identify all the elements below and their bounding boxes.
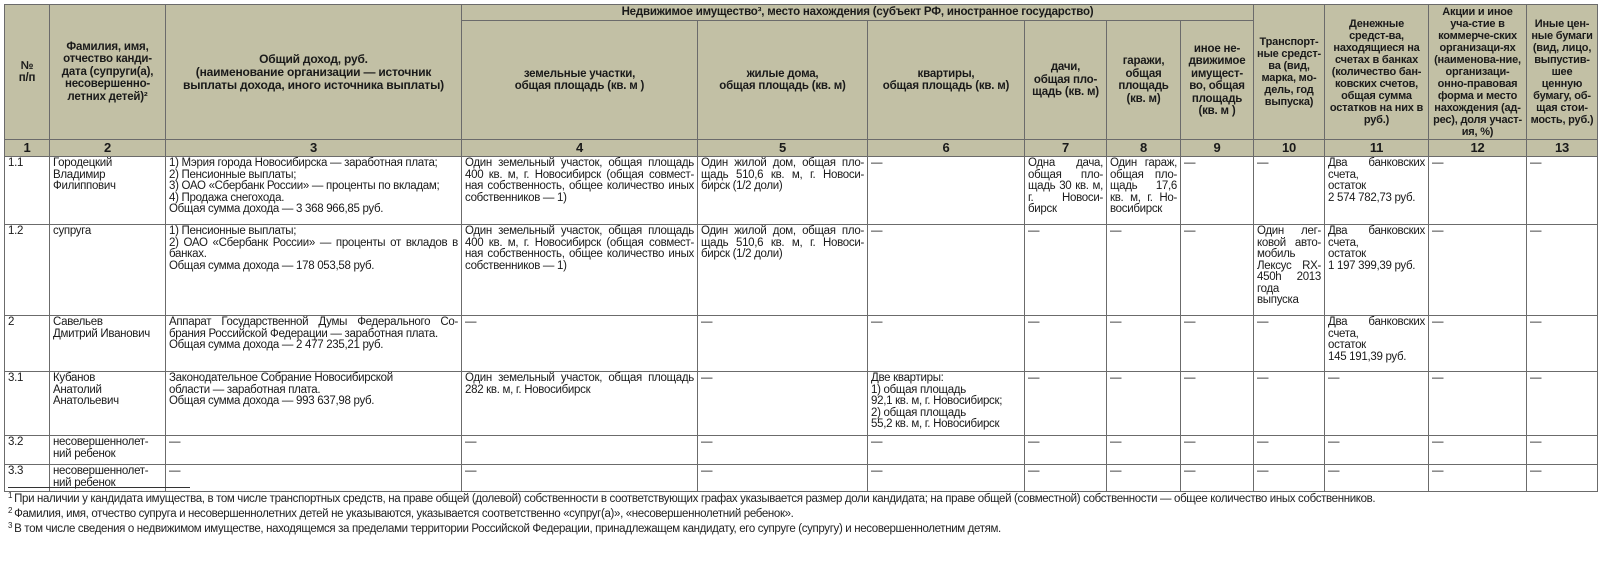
cell-row-number: 1.2 [5,225,50,316]
cell-houses: — [698,465,868,492]
header-bank-accounts: Денежные средст-ва, находящиеся на счета… [1325,5,1429,140]
cell-vehicles: Один лег-ковой авто-мобиль Лексус RX-450… [1254,225,1325,316]
cell-shares: — [1429,225,1527,316]
header-houses: жилые дома, общая площадь (кв. м) [698,21,868,140]
cell-apartments: — [868,316,1025,372]
cell-other-property: — [1181,465,1254,492]
column-number: 7 [1025,140,1107,157]
cell-other-property: — [1181,225,1254,316]
footnotes: 1При наличии у кандидата имущества, в то… [8,490,1588,535]
column-number: 10 [1254,140,1325,157]
cell-garages: — [1107,316,1181,372]
column-number: 8 [1107,140,1181,157]
cell-garages: — [1107,436,1181,465]
column-number: 6 [868,140,1025,157]
cell-garages: — [1107,465,1181,492]
header-apartments: квартиры, общая площадь (кв. м) [868,21,1025,140]
cell-person-name: несовершеннолет-ний ребенок [50,436,166,465]
cell-vehicles: — [1254,157,1325,225]
header-real-estate-group: Недвижимое имущество³, место нахождения … [462,5,1254,21]
cell-land-plots: Один земельный участок, общая площадь 40… [462,225,698,316]
cell-shares: — [1429,372,1527,436]
cell-houses: — [698,436,868,465]
declaration-table: № п/п Фамилия, имя, отчество канди-дата … [4,4,1598,492]
cell-row-number: 2 [5,316,50,372]
cell-income: 1) Мэрия города Новосибирска — заработна… [166,157,462,225]
header-name: Фамилия, имя, отчество канди-дата (супру… [50,5,166,140]
cell-income: Законодательное Собрание Новосибирской о… [166,372,462,436]
cell-garages: Один гараж, общая пло-щадь 17,6 кв. м, г… [1107,157,1181,225]
cell-vehicles: — [1254,316,1325,372]
cell-row-number: 3.2 [5,436,50,465]
table-body: 1.1Городецкий Владимир Филиппович1) Мэри… [5,157,1598,492]
cell-bank-accounts: — [1325,465,1429,492]
cell-apartments: — [868,465,1025,492]
cell-income: 1) Пенсионные выплаты; 2) ОАО «Сбербанк … [166,225,462,316]
column-number: 4 [462,140,698,157]
footnote-divider [8,487,190,488]
footnote: 2Фамилия, имя, отчество супруга и несове… [8,505,1588,520]
cell-bank-accounts: Два банковских счета, остаток 145 191,39… [1325,316,1429,372]
cell-dachas: — [1025,465,1107,492]
cell-dachas: — [1025,316,1107,372]
cell-income: — [166,465,462,492]
cell-land-plots: Один земельный участок, общая площадь 40… [462,157,698,225]
cell-land-plots: — [462,436,698,465]
cell-land-plots: — [462,465,698,492]
footnote-text: При наличии у кандидата имущества, в том… [14,493,1375,505]
column-number: 2 [50,140,166,157]
cell-shares: — [1429,316,1527,372]
cell-bank-accounts: Два банковских счета, остаток 1 197 399,… [1325,225,1429,316]
cell-securities: — [1527,436,1598,465]
header-land: земельные участки, общая площадь (кв. м … [462,21,698,140]
cell-houses: — [698,372,868,436]
cell-dachas: — [1025,225,1107,316]
cell-row-number: 1.1 [5,157,50,225]
cell-apartments: — [868,225,1025,316]
header-garages: гаражи, общая площадь (кв. м) [1107,21,1181,140]
table-row: 3.1Кубанов Анатолий АнатольевичЗаконодат… [5,372,1598,436]
cell-person-name: супруга [50,225,166,316]
column-number: 1 [5,140,50,157]
column-number: 13 [1527,140,1598,157]
cell-other-property: — [1181,316,1254,372]
footnote-mark: 2 [8,506,12,515]
cell-securities: — [1527,465,1598,492]
cell-houses: Один жилой дом, общая пло-щадь 510,6 кв.… [698,225,868,316]
header-other-property: иное не-движимое имущест-во, общая площа… [1181,21,1254,140]
cell-vehicles: — [1254,436,1325,465]
cell-garages: — [1107,225,1181,316]
footnote-mark: 3 [8,521,12,530]
cell-apartments: — [868,157,1025,225]
cell-securities: — [1527,316,1598,372]
cell-other-property: — [1181,157,1254,225]
cell-bank-accounts: — [1325,436,1429,465]
footnote-text: В том числе сведения о недвижимом имущес… [14,523,1001,535]
cell-shares: — [1429,465,1527,492]
table-row: 1.2супруга1) Пенсионные выплаты; 2) ОАО … [5,225,1598,316]
cell-houses: — [698,316,868,372]
cell-apartments: Две квартиры: 1) общая площадь 92,1 кв. … [868,372,1025,436]
column-number: 3 [166,140,462,157]
cell-land-plots: — [462,316,698,372]
footnote: 3В том числе сведения о недвижимом имуще… [8,520,1588,535]
footnote-mark: 1 [8,491,12,500]
cell-land-plots: Один земельный участок, общая площадь 28… [462,372,698,436]
header-number: № п/п [5,5,50,140]
cell-securities: — [1527,157,1598,225]
table-row: 3.3несовершеннолет-ний ребенок——————————… [5,465,1598,492]
cell-other-property: — [1181,372,1254,436]
cell-dachas: Одна дача, общая пло-щадь 30 кв. м, г. Н… [1025,157,1107,225]
cell-bank-accounts: — [1325,372,1429,436]
cell-shares: — [1429,436,1527,465]
footnote-text: Фамилия, имя, отчество супруга и несовер… [14,508,793,520]
table-row: 1.1Городецкий Владимир Филиппович1) Мэри… [5,157,1598,225]
header-securities: Иные цен-ные бумаги (вид, лицо, выпустив… [1527,5,1598,140]
cell-person-name: Кубанов Анатолий Анатольевич [50,372,166,436]
column-number: 11 [1325,140,1429,157]
cell-securities: — [1527,372,1598,436]
cell-dachas: — [1025,372,1107,436]
column-numbers-row: 12345678910111213 [5,140,1598,157]
table-row: 2Савельев Дмитрий ИвановичАппарат Госуда… [5,316,1598,372]
cell-bank-accounts: Два банковских счета, остаток 2 574 782,… [1325,157,1429,225]
header-shares: Акции и иное уча-стие в коммерче-ских ор… [1429,5,1527,140]
header-vehicles: Транспорт-ные средст-ва (вид, марка, мо-… [1254,5,1325,140]
column-number: 5 [698,140,868,157]
cell-person-name: Савельев Дмитрий Иванович [50,316,166,372]
table-row: 3.2несовершеннолет-ний ребенок——————————… [5,436,1598,465]
cell-income: Аппарат Государственной Думы Федеральног… [166,316,462,372]
cell-other-property: — [1181,436,1254,465]
cell-dachas: — [1025,436,1107,465]
cell-apartments: — [868,436,1025,465]
cell-garages: — [1107,372,1181,436]
column-number: 12 [1429,140,1527,157]
cell-houses: Один жилой дом, общая пло-щадь 510,6 кв.… [698,157,868,225]
cell-shares: — [1429,157,1527,225]
cell-securities: — [1527,225,1598,316]
cell-income: — [166,436,462,465]
header-income: Общий доход, руб. (наименование организа… [166,5,462,140]
header-dachas: дачи, общая пло-щадь (кв. м) [1025,21,1107,140]
cell-row-number: 3.1 [5,372,50,436]
cell-vehicles: — [1254,465,1325,492]
column-number: 9 [1181,140,1254,157]
cell-vehicles: — [1254,372,1325,436]
footnote: 1При наличии у кандидата имущества, в то… [8,490,1588,505]
cell-person-name: Городецкий Владимир Филиппович [50,157,166,225]
